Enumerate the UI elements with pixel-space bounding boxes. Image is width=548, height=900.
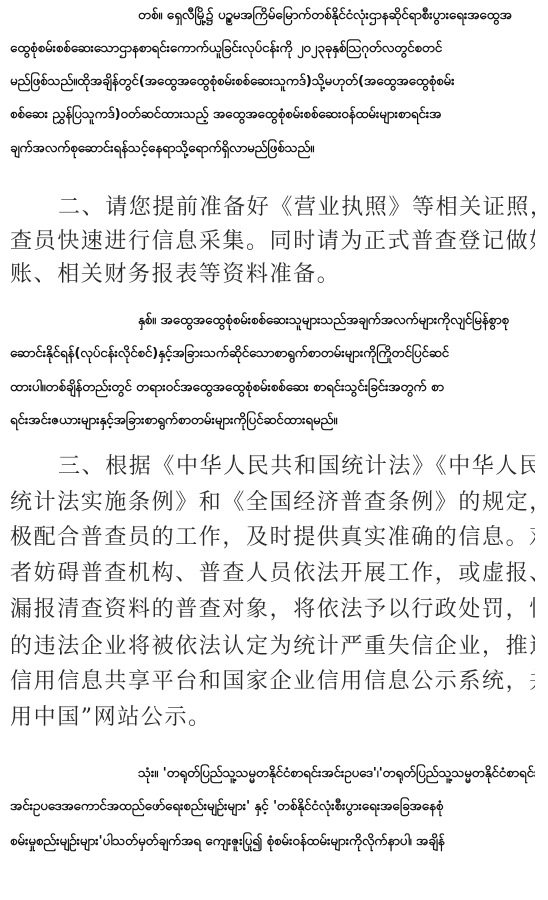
myanmar-paragraph-2-line-4: ရင်းအင်းဇယားများနှင့်အခြားစာရွက်စာတမ်းမျ…: [10, 411, 535, 431]
myanmar-paragraph-2-line-3: ထားပါ။တစ်ချိန်တည်းတွင် တရားဝင်အထွေအထွေစု…: [10, 378, 535, 398]
myanmar-paragraph-1-line-2: ထွေစုံစမ်းစစ်ဆေးသောဌာနစာရင်းကောက်ယူခြင်း…: [10, 39, 535, 59]
chinese-paragraph-2-line-2: 查员快速进行信息采集。同时请为正式普查登记做好统计台: [10, 224, 535, 255]
chinese-paragraph-3-line-4: 者妨碍普查机构、普查人员依法开展工作，或虚报、瞒报、: [10, 556, 535, 587]
myanmar-paragraph-1-line-5: ချက်အလက်စုဆောင်းရန်သင့်နေရာသို့ရောက်ရှိလ…: [10, 139, 535, 159]
chinese-paragraph-3-line-5: 漏报清查资料的普查对象，将依法予以行政处罚，情节严重: [10, 592, 535, 623]
chinese-paragraph-3-line-8: 用中国”网站公示。: [10, 700, 535, 731]
chinese-paragraph-3-line-6: 的违法企业将被依法认定为统计严重失信企业，推送至全国: [10, 629, 535, 660]
myanmar-paragraph-1-line-4: စစ်ဆေး ညွှန်ပြသူကဒ်)ဝတ်ဆင်ထားသည့် အထွေအထ…: [10, 105, 535, 125]
chinese-paragraph-3-line-3: 极配合普查员的工作，及时提供真实准确的信息。对拒绝或: [10, 520, 535, 551]
myanmar-paragraph-1-line-1: တစ်။ ရှေလီမြို့၌ ပဥ္စမအကြိမ်မြောက်တစ်နို…: [10, 6, 535, 26]
myanmar-paragraph-3-line-2: အင်းဥပဒေအကောင်အထည်ဖော်ရေးစည်းမျဉ်းများ' …: [10, 797, 535, 817]
myanmar-paragraph-2-line-2: ဆောင်းနိုင်ရန်(လုပ်ငန်းလိုင်စင်)နှင့်အခြ…: [10, 344, 535, 364]
chinese-paragraph-3-line-2: 统计法实施条例》和《全国经济普查条例》的规定，请您积: [10, 485, 535, 516]
myanmar-paragraph-3-line-1: သုံး။ 'တရုတ်ပြည်သူ့သမ္မတနိုင်ငံစာရင်းအင်…: [10, 764, 535, 784]
chinese-paragraph-3-line-1: 三、根据《中华人民共和国统计法》《中华人民共和国: [10, 449, 535, 480]
chinese-paragraph-2-line-3: 账、相关财务报表等资料准备。: [10, 257, 535, 288]
chinese-paragraph-3-line-7: 信用信息共享平台和国家企业信用信息公示系统，并在“信: [10, 664, 535, 695]
chinese-paragraph-2-line-1: 二、请您提前准备好《营业执照》等相关证照，以便普: [10, 190, 535, 221]
myanmar-paragraph-3-line-3: စမ်းမှုစည်းမျဉ်းများ'ပါသတ်မှတ်ချက်အရ ကျေ…: [10, 832, 535, 852]
myanmar-paragraph-1-line-3: မည်ဖြစ်သည်။ထိုအချိန်တွင်(အထွေအထွေစုံစမ်း…: [10, 72, 535, 92]
myanmar-paragraph-2-line-1: နှစ်။ အထွေအထွေစုံစမ်းစစ်ဆေးသူများသည်အချက…: [10, 311, 535, 331]
